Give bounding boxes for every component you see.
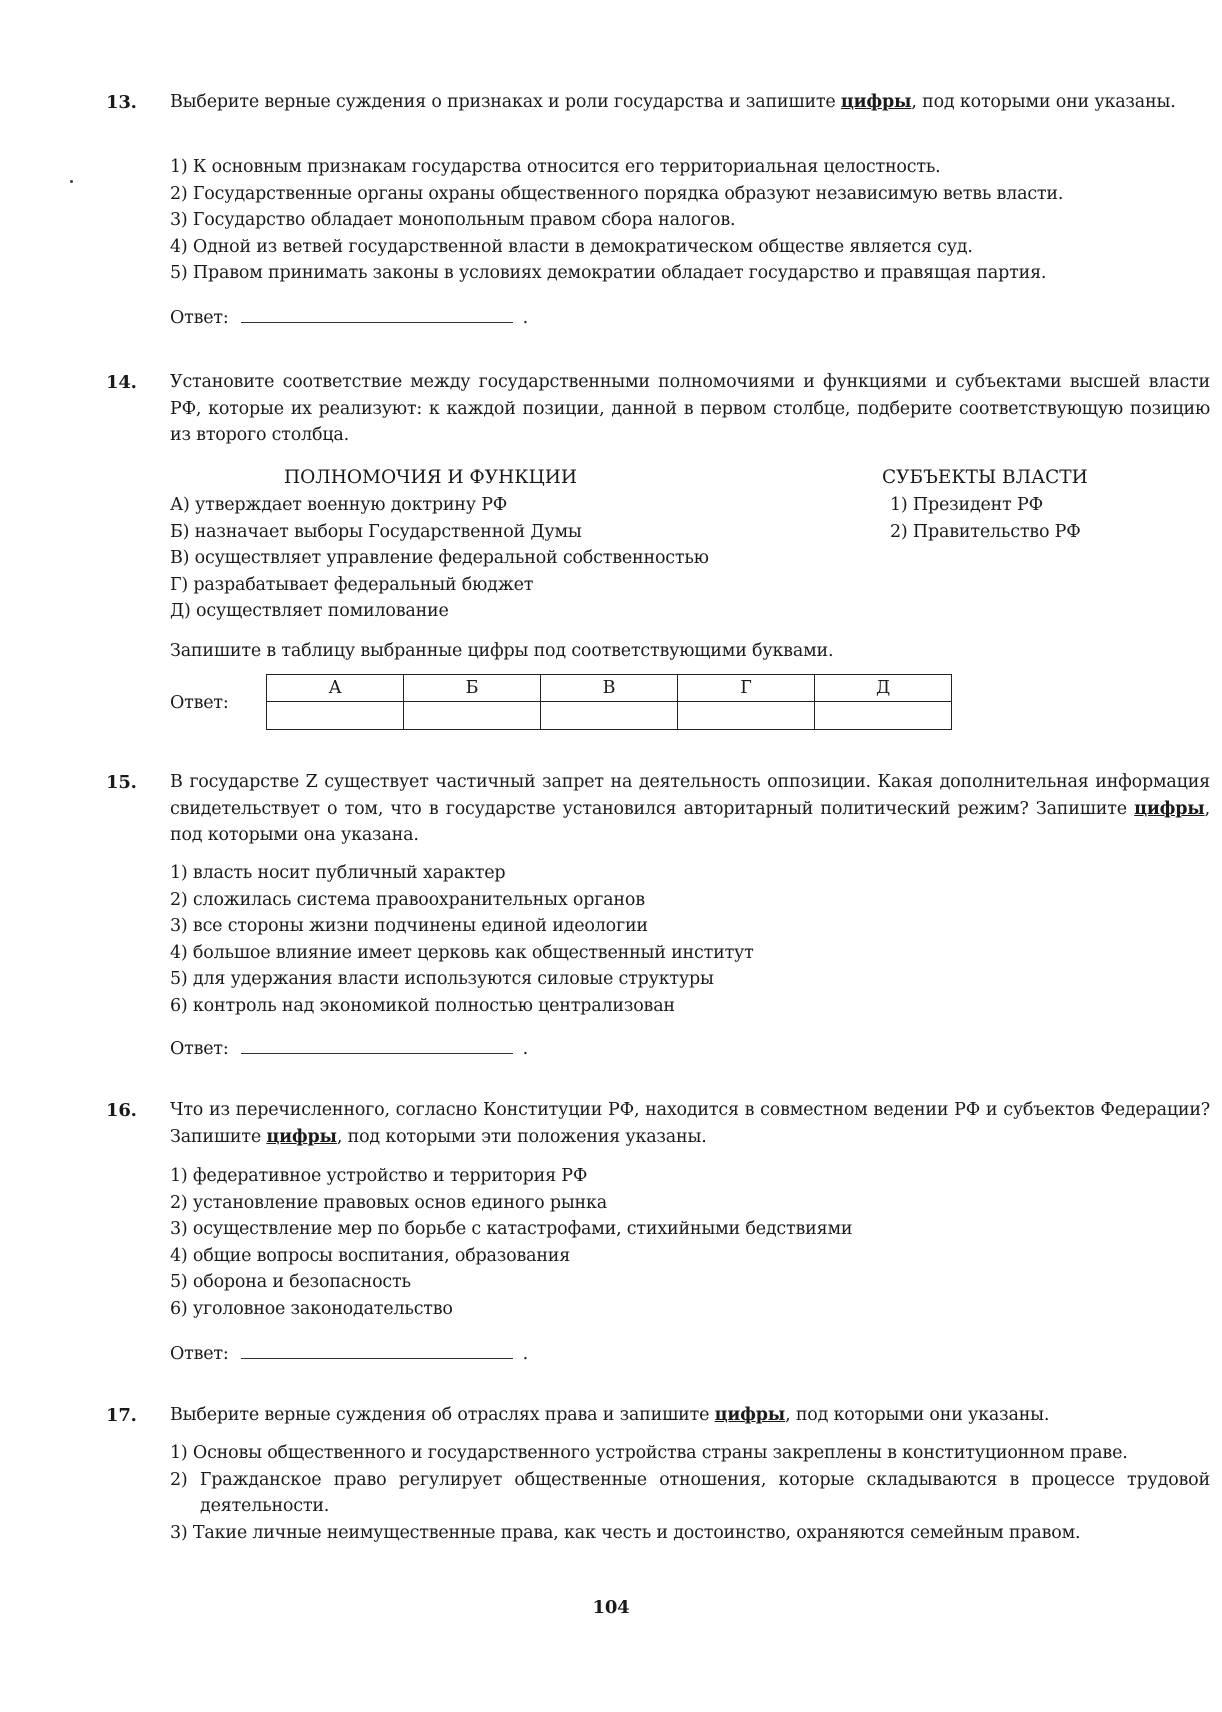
- option-item: 1) Основы общественного и государственно…: [170, 1440, 1210, 1467]
- option-item: 2) Гражданское право регулирует обществе…: [170, 1467, 1210, 1520]
- option-item: 1) К основным признакам государства отно…: [170, 154, 1210, 181]
- column-header-subjects: СУБЪЕКТЫ ВЛАСТИ: [882, 467, 1088, 488]
- emphasis-digits: цифры: [715, 1405, 785, 1425]
- answer-label: Ответ:: [170, 1344, 229, 1364]
- option-list: 1) власть носит публичный характер 2) сл…: [170, 860, 1210, 1019]
- subject-item: 2) Правительство РФ: [890, 519, 1190, 546]
- option-item: 3) Такие личные неимущественные права, к…: [170, 1520, 1210, 1547]
- answer-table-header: А Б В Г Д: [267, 675, 952, 702]
- table-header-cell: В: [541, 675, 678, 702]
- answer-table-values: [267, 702, 952, 730]
- scan-speck: [70, 180, 73, 183]
- option-item: 3) Государство обладает монопольным прав…: [170, 207, 1210, 234]
- table-instruction: Запишите в таблицу выбранные цифры под с…: [170, 638, 1210, 665]
- answer-label: Ответ:: [170, 308, 229, 328]
- option-list: 1) К основным признакам государства отно…: [170, 154, 1210, 287]
- option-item: 2) Государственные органы охраны обществ…: [170, 181, 1210, 208]
- answer-field[interactable]: [241, 1340, 513, 1359]
- task-number: 16.: [106, 1100, 137, 1121]
- option-item: 4) общие вопросы воспитания, образования: [170, 1243, 1210, 1270]
- exam-page: 13. Выберите верные суждения о признаках…: [0, 0, 1222, 1712]
- table-header-cell: Б: [404, 675, 541, 702]
- table-answer-cell[interactable]: [678, 702, 815, 730]
- option-item: 5) для удержания власти используются сил…: [170, 966, 1210, 993]
- answer-row: Ответ:.: [170, 304, 528, 331]
- table-answer-cell[interactable]: [815, 702, 952, 730]
- answer-field[interactable]: [241, 1035, 513, 1054]
- subject-item: 1) Президент РФ: [890, 492, 1190, 519]
- task-number: 13.: [106, 92, 137, 113]
- task-question: Выберите верные суждения об отраслях пра…: [170, 1402, 1210, 1429]
- emphasis-digits: цифры: [1134, 799, 1204, 819]
- option-item: 2) сложилась система правоохранительных …: [170, 887, 1210, 914]
- option-list: 1) федеративное устройство и территория …: [170, 1163, 1210, 1322]
- emphasis-digits: цифры: [841, 92, 911, 112]
- column-header-powers: ПОЛНОМОЧИЯ И ФУНКЦИИ: [284, 467, 577, 488]
- answer-label-table: Ответ:: [170, 690, 229, 716]
- table-answer-cell[interactable]: [404, 702, 541, 730]
- task-question: Установите соответствие между государств…: [170, 369, 1210, 449]
- page-number: 104: [0, 1597, 1222, 1618]
- answer-field[interactable]: [241, 304, 513, 323]
- answer-row: Ответ:.: [170, 1035, 528, 1062]
- option-item: 5) оборона и безопасность: [170, 1269, 1210, 1296]
- option-item: 6) уголовное законодательство: [170, 1296, 1210, 1323]
- task-number: 14.: [106, 372, 137, 393]
- subjects-list: 1) Президент РФ 2) Правительство РФ: [890, 492, 1190, 545]
- power-item: В) осуществляет управление федеральной с…: [170, 545, 1210, 572]
- option-item: 5) Правом принимать законы в условиях де…: [170, 260, 1210, 287]
- option-item: 1) власть носит публичный характер: [170, 860, 1210, 887]
- table-header-cell: Д: [815, 675, 952, 702]
- power-item: Д) осуществляет помилование: [170, 598, 1210, 625]
- table-answer-cell[interactable]: [267, 702, 404, 730]
- task-number: 15.: [106, 772, 137, 793]
- answer-label: Ответ:: [170, 1039, 229, 1059]
- option-list: 1) Основы общественного и государственно…: [170, 1440, 1210, 1546]
- option-item: 3) все стороны жизни подчинены единой ид…: [170, 913, 1210, 940]
- task-question: Что из перечисленного, согласно Конститу…: [170, 1097, 1210, 1150]
- option-item: 3) осуществление мер по борьбе с катастр…: [170, 1216, 1210, 1243]
- emphasis-digits: цифры: [266, 1127, 336, 1147]
- option-item: 2) установление правовых основ единого р…: [170, 1190, 1210, 1217]
- table-answer-cell[interactable]: [541, 702, 678, 730]
- task-number: 17.: [106, 1405, 137, 1426]
- table-header-cell: А: [267, 675, 404, 702]
- task-question: Выберите верные суждения о признаках и р…: [170, 89, 1210, 116]
- option-item: 1) федеративное устройство и территория …: [170, 1163, 1210, 1190]
- answer-table: А Б В Г Д: [266, 674, 952, 730]
- option-item: 4) Одной из ветвей государственной власт…: [170, 234, 1210, 261]
- option-item: 4) большое влияние имеет церковь как общ…: [170, 940, 1210, 967]
- answer-row: Ответ:.: [170, 1340, 528, 1367]
- power-item: Г) разрабатывает федеральный бюджет: [170, 572, 1210, 599]
- option-item: 6) контроль над экономикой полностью цен…: [170, 993, 1210, 1020]
- task-question: В государстве Z существует частичный зап…: [170, 769, 1210, 849]
- table-header-cell: Г: [678, 675, 815, 702]
